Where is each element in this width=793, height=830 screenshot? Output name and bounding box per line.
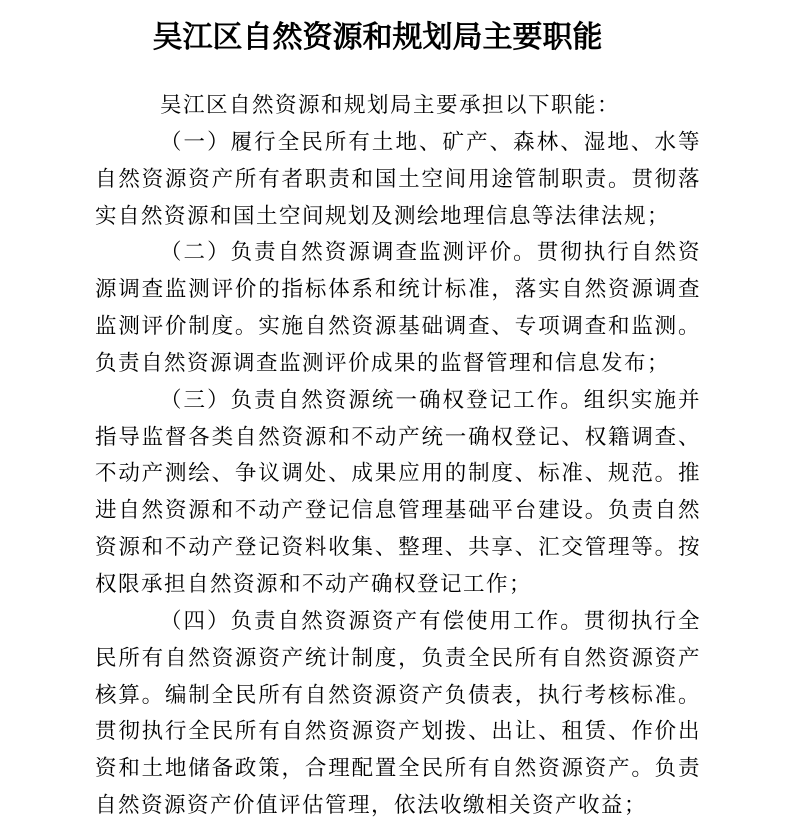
- document-body: 吴江区自然资源和规划局主要承担以下职能： （一）履行全民所有土地、矿产、森林、湿…: [95, 88, 701, 825]
- paragraph-item-1: （一）履行全民所有土地、矿产、森林、湿地、水等自然资源资产所有者职责和国土空间用…: [95, 125, 701, 236]
- paragraph-item-4: （四）负责自然资源资产有偿使用工作。贯彻执行全民所有自然资源资产统计制度，负责全…: [95, 604, 701, 825]
- paragraph-item-3: （三）负责自然资源统一确权登记工作。组织实施并指导监督各类自然资源和不动产统一确…: [95, 383, 701, 604]
- paragraph-intro: 吴江区自然资源和规划局主要承担以下职能：: [95, 88, 701, 125]
- document-title: 吴江区自然资源和规划局主要职能: [75, 18, 680, 58]
- document-page: 吴江区自然资源和规划局主要职能 吴江区自然资源和规划局主要承担以下职能： （一）…: [0, 0, 793, 830]
- paragraph-item-2: （二）负责自然资源调查监测评价。贯彻执行自然资源调查监测评价的指标体系和统计标准…: [95, 235, 701, 382]
